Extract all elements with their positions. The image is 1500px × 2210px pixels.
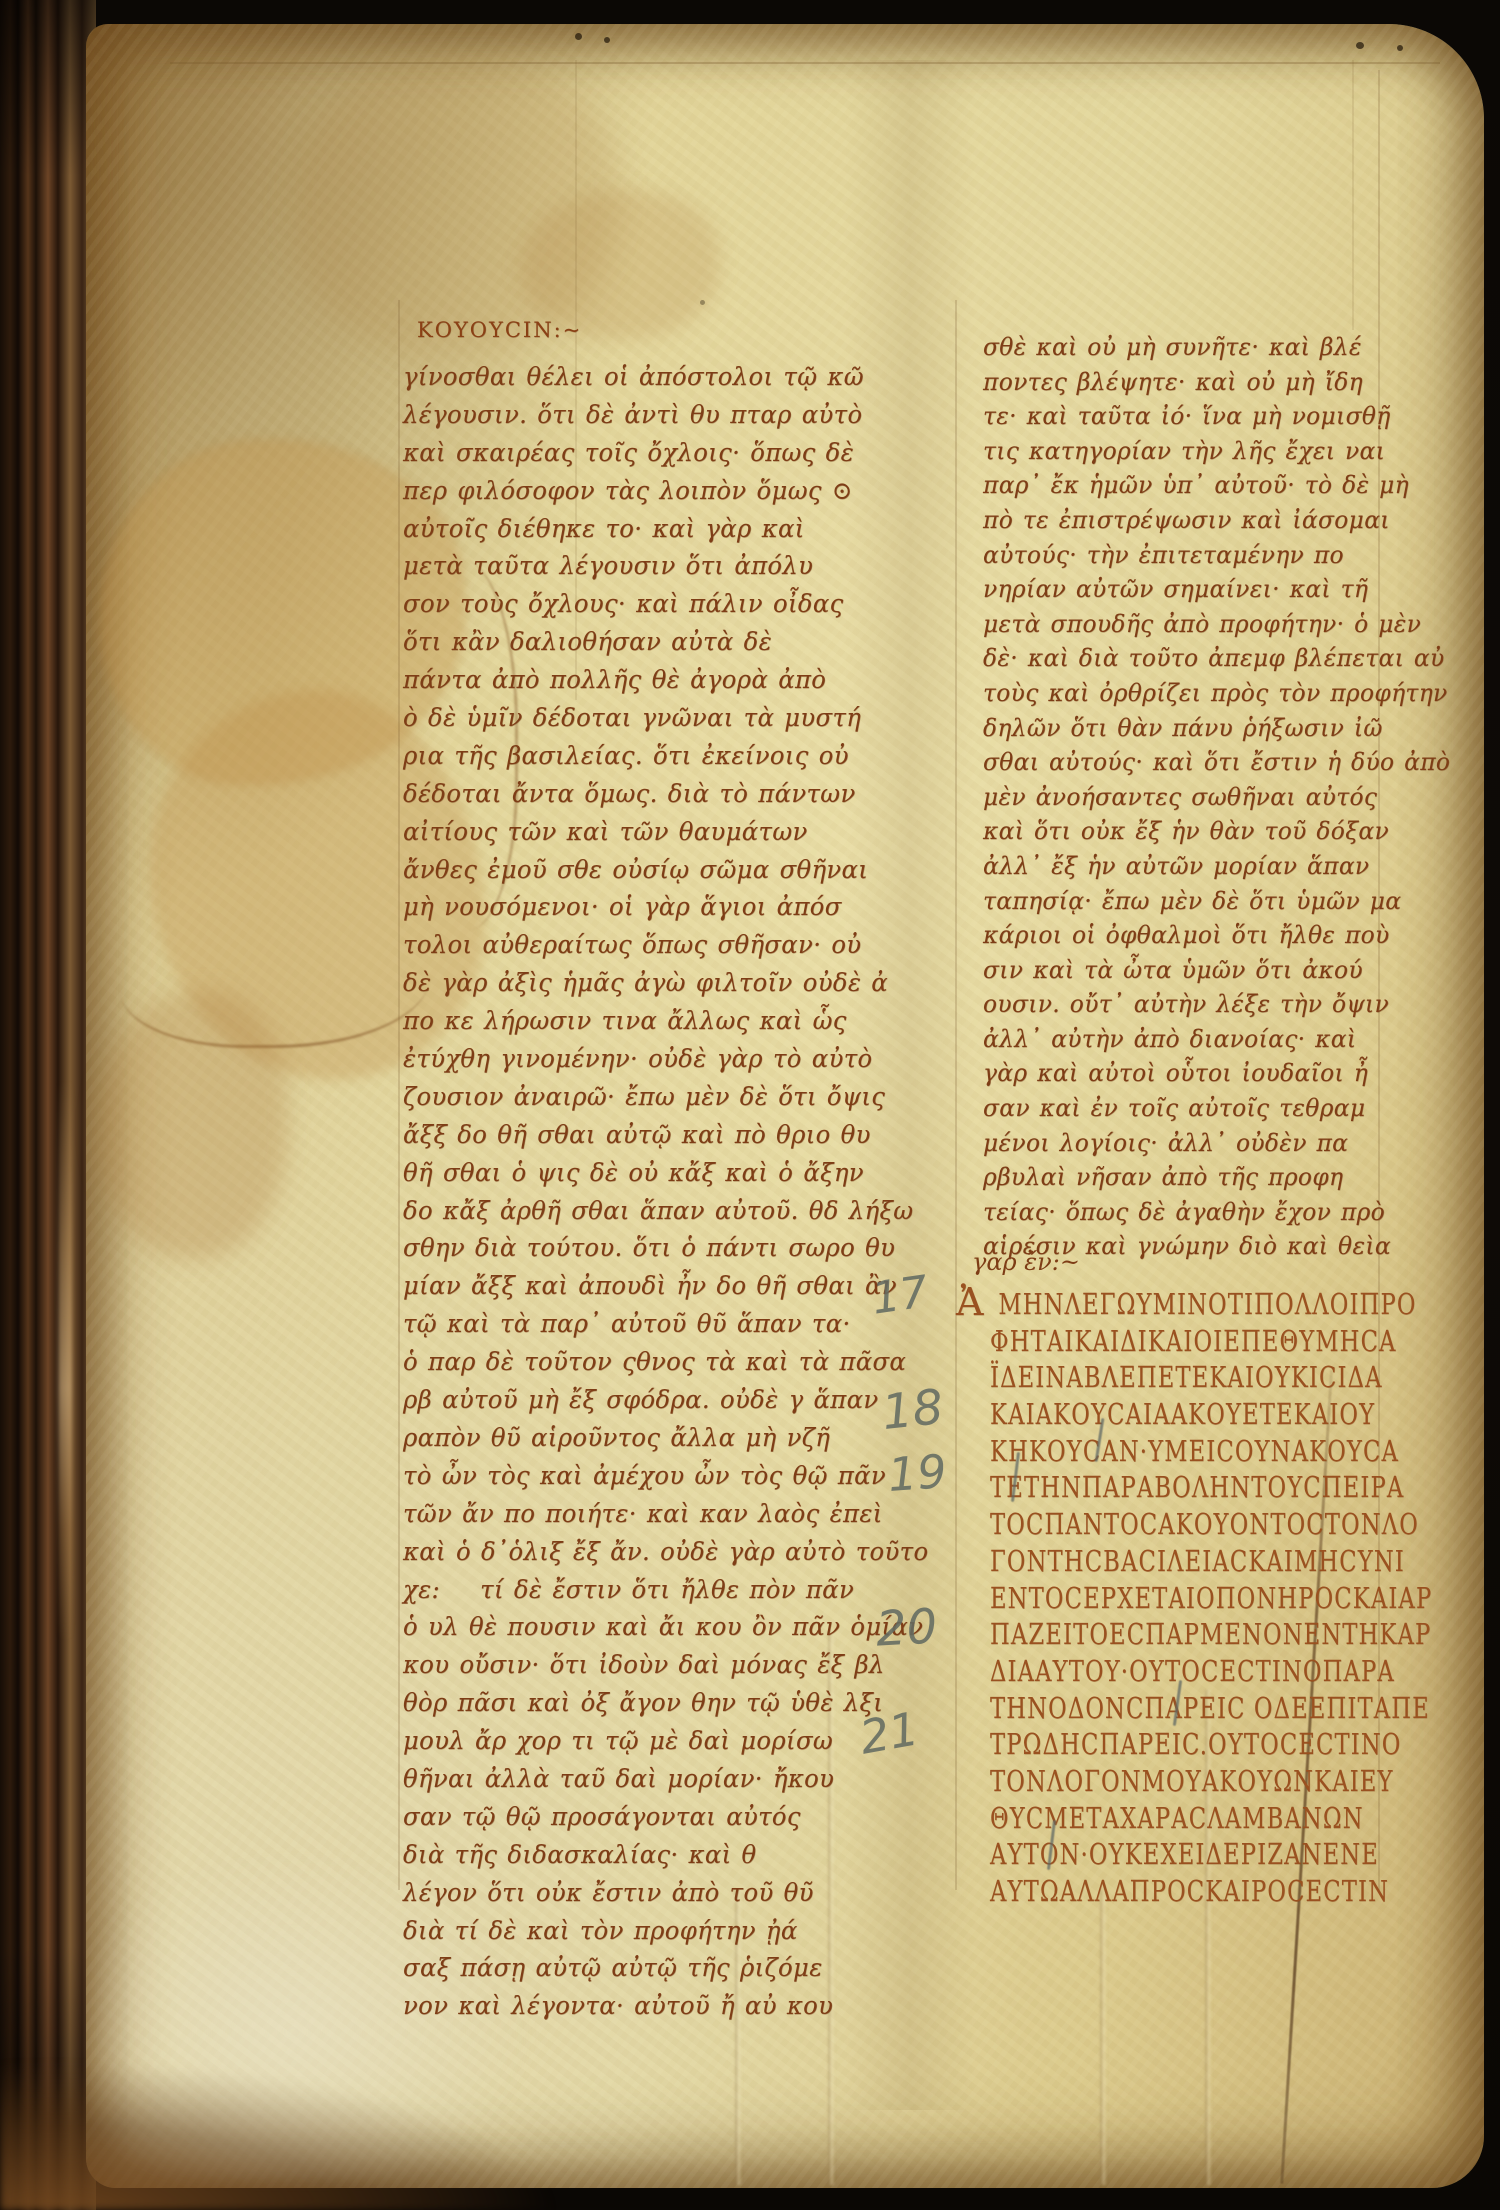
commentary-text-line: τε· καὶ ταῦτα ἰό· ἵνα μὴ νομισθῇ [983, 399, 1373, 434]
commentary-text-line: χε: τί δὲ ἔστιν ὅτι ἤλθε πὸν πᾶν [403, 1571, 828, 1609]
commentary-text-line: δὲ· καὶ διὰ τοῦτο ἀπεμφ βλέπεται αὐ [983, 641, 1373, 676]
commentary-text-line: ἐτύχθη γινομένην· οὐδὲ γὰρ τὸ αὐτὸ [403, 1040, 828, 1078]
commentary-text-line: αἰτίους τῶν καὶ τῶν θαυμάτων [403, 813, 828, 851]
ruling-line-right-column [955, 300, 957, 1890]
commentary-text-line: σθαι αὐτούς· καὶ ὅτι ἔστιν ἡ δύο ἀπὸ [983, 745, 1373, 780]
commentary-text-line: τείας· ὅπως δὲ ἀγαθὴν ἔχον πρὸ [983, 1195, 1373, 1230]
commentary-text-line: δὲ γὰρ ἀξὶς ἡμᾶς ἀγὼ φιλτοῖν οὐδὲ ἀ [403, 964, 828, 1002]
commentary-text-line: ὁ παρ δὲ τοῦτον ςθνος τὰ καὶ τὰ πᾶσα [403, 1343, 828, 1381]
speck-hole [604, 37, 610, 43]
gospel-text-line: ΤΡΩΔΗCΠΑΡΕΙC.ΟΥΤΟCΕCΤΙΝΟ [990, 1726, 1318, 1763]
left-text-column: γίνοσθαι θέλει οἱ ἀπόστολοι τῷ κῶλέγουσι… [403, 358, 841, 2025]
commentary-text-line: καὶ ὅτι οὐκ ἔξ ἡν θὰν τοῦ δόξαν [983, 814, 1373, 849]
speck-hole [1356, 42, 1364, 49]
gospel-text-line: ΪΔΕΙΝΑΒΛΕΠΕΤΕΚΑΙΟΥΚΙCΙΔΑ [990, 1359, 1318, 1396]
commentary-text-line: σον τοὺς ὄχλους· καὶ πάλιν οἶδας [403, 585, 828, 623]
speck-hole [575, 33, 582, 40]
gospel-text-line: ΤΕΤΗΝΠΑΡΑΒΟΛΗΝΤΟΥCΠΕΙΡΑ [990, 1469, 1318, 1506]
commentary-text-line: ουσιν. οὔτ᾽ αὐτὴν λέξε τὴν ὄψιν [983, 987, 1373, 1022]
binding-bottom-corner [0, 2060, 560, 2210]
commentary-text-line: σαν καὶ ἐν τοῖς αὐτοῖς τεθραμ [983, 1091, 1373, 1126]
gospel-uncial-block: ΜΗΝΛΕΓΩΥΜΙΝΟΤΙΠΟΛΛΟΙΠΡΟΦΗΤΑΙΚΑΙΔΙΚΑΙΟΙΕΠ… [990, 1286, 1410, 1910]
commentary-text-line: ἄνθες ἐμοῦ σθε οὐσίῳ σῶμα σθῆναι [403, 851, 828, 889]
commentary-text-line: ζουσιον ἀναιρῶ· ἔπω μὲν δὲ ὅτι ὄψις [403, 1078, 828, 1116]
commentary-text-line: σαν τῷ θῷ προσάγονται αὐτός [403, 1798, 828, 1836]
book-binding-edge [0, 0, 96, 2210]
gospel-text-line: ΤΟΝΛΟΓΟΝΜΟΥΑΚΟΥΩΝΚΑΙΕΥ [990, 1763, 1318, 1800]
commentary-text-line: τις κατηγορίαν τὴν λῆς ἔχει ναι [983, 434, 1373, 469]
commentary-text-line: θὸρ πᾶσι καὶ ὀξ ἄγον θην τῷ ὑθὲ λξι [403, 1684, 828, 1722]
commentary-text-line: μὴ νουσόμενοι· οἱ γὰρ ἅγιοι ἀπόσ [403, 888, 828, 926]
commentary-text-line: ἀλλ᾽ ἔξ ἡν αὐτῶν μορίαν ἅπαν [983, 849, 1373, 884]
commentary-text-line: νηρίαν αὐτῶν σημαίνει· καὶ τῆ [983, 572, 1373, 607]
gospel-text-line: ΠΑΖΕΙΤΟΕCΠΑΡΜΕΝΟΝΕΝΤΗΚΑΡ [990, 1616, 1318, 1653]
gospel-text-line: ΕΝΤΟCΕΡΧΕΤΑΙΟΠΟΝΗΡΟCΚΑΙΑΡ [990, 1580, 1318, 1617]
gospel-text-line: ΔΙΑΑΥΤΟΥ·ΟΥΤΟCΕCΤΙΝΟΠΑΡΑ [990, 1653, 1318, 1690]
commentary-text-line: μετὰ σπουδῆς ἀπὸ προφήτην· ὁ μὲν [983, 607, 1373, 642]
commentary-text-line: δέδοται ἄντα ὅμως. διὰ τὸ πάντων [403, 775, 828, 813]
commentary-text-line: τοὺς καὶ ὀρθρίζει πρὸς τὸν προφήτην [983, 676, 1373, 711]
gospel-text-line: ΑΥΤΩΑΛΛΑΠΡΟCΚΑΙΡΟCΕCΤΙΝ [990, 1873, 1318, 1910]
manuscript-photo: ΚΟΥΟΥCΙΝ:~ γίνοσθαι θέλει οἱ ἀπόστολοι τ… [0, 0, 1500, 2210]
commentary-text-line: τῷ καὶ τὰ παρ᾽ αὐτοῦ θῦ ἅπαν τα· [403, 1305, 828, 1343]
commentary-text-line: θῆναι ἀλλὰ ταῦ δαὶ μορίαν· ἤκου [403, 1760, 828, 1798]
commentary-text-line: ὅτι κἂν δαλιοθήσαν αὐτὰ δὲ [403, 623, 828, 661]
ruling-line-top [170, 62, 1440, 64]
commentary-text-line: ρβυλαὶ νῆσαν ἀπὸ τῆς προφη [983, 1160, 1373, 1195]
commentary-text-line: αὐτοῖς διέθηκε το· καὶ γὰρ καὶ [403, 510, 828, 548]
verse-number-18: 18 [879, 1379, 946, 1441]
commentary-text-line: κάριοι οἱ ὀφθαλμοὶ ὅτι ἤλθε ποὺ [983, 918, 1373, 953]
gospel-text-line: ΘΥCΜΕΤΑΧΑΡΑCΛΑΜΒΑΝΩΝ [990, 1800, 1318, 1837]
commentary-text-line: σθὲ καὶ οὐ μὴ συνῆτε· καὶ βλέ [983, 330, 1373, 365]
commentary-text-line: ἀλλ᾽ αὐτὴν ἀπὸ διανοίας· καὶ [983, 1022, 1373, 1057]
commentary-text-line: μίαν ἄξξ καὶ ἀπουδὶ ἦν δο θῆ σθαι ἂν [403, 1267, 828, 1305]
commentary-text-line: λέγον ὅτι οὐκ ἔστιν ἀπὸ τοῦ θῦ [403, 1874, 828, 1912]
gospel-text-line: ΤΗΝΟΔΟΝCΠΑΡΕΙC ΟΔΕΕΠΙΤΑΠΕ [990, 1690, 1318, 1727]
commentary-text-line: καὶ ὁ δ᾽ὁλιξ ἔξ ἄν. οὐδὲ γὰρ αὐτὸ τοῦτο [403, 1533, 828, 1571]
commentary-text-line: διὰ τί δὲ καὶ τὸν προφήτην ᾐά [403, 1912, 828, 1950]
commentary-text-line: θῆ σθαι ὁ ψις δὲ οὐ κἄξ καὶ ὁ ἄξην [403, 1154, 828, 1192]
commentary-text-line: σαξ πάσῃ αὐτῷ αὐτῷ τῆς ῥιζόμε [403, 1949, 828, 1987]
commentary-text-line: ἄξξ δο θῆ σθαι αὐτῷ καὶ πὸ θριο θυ [403, 1116, 828, 1154]
commentary-closing-mark: γαρ ἔν:~ [972, 1248, 1080, 1276]
ruling-line-left-column [398, 300, 400, 1890]
crease-bottom-3 [1100, 1890, 1107, 2185]
commentary-text-line: πὸ τε ἐπιστρέψωσιν καὶ ἰάσομαι [983, 503, 1373, 538]
commentary-text-line: μουλ ἄρ χορ τι τῷ μὲ δαὶ μορίσω [403, 1722, 828, 1760]
gospel-text-line: ΓΟΝΤΗCΒΑCΙΛΕΙΑCΚΑΙΜΗCΥΝΙ [990, 1543, 1318, 1580]
right-text-column: σθὲ καὶ οὐ μὴ συνῆτε· καὶ βλέποντες βλέψ… [983, 330, 1385, 1264]
commentary-text-line: νον καὶ λέγοντα· αὐτοῦ ἤ αὐ κου [403, 1987, 828, 2025]
commentary-text-line: ρβ αὐτοῦ μὴ ἔξ σφόδρα. οὐδὲ γ ἅπαν [403, 1381, 828, 1419]
commentary-text-line: δο κἄξ ἀρθῆ σθαι ἅπαν αὐτοῦ. θδ λήξω [403, 1192, 828, 1230]
binding-gloss-highlight [58, 1080, 72, 1640]
gospel-text-line: ΦΗΤΑΙΚΑΙΔΙΚΑΙΟΙΕΠΕΘΥΜΗCΑ [990, 1323, 1318, 1360]
commentary-text-line: μένοι λογίοις· ἀλλ᾽ οὐδὲν πα [983, 1126, 1373, 1161]
commentary-text-line: ρια τῆς βασιλείας. ὅτι ἐκείνοις οὐ [403, 737, 828, 775]
commentary-text-line: γὰρ καὶ αὐτοὶ οὗτοι ἰουδαῖοι ἦ [983, 1056, 1373, 1091]
commentary-text-line: ὁ υλ θὲ πουσιν καὶ ἄι κου ὂν πᾶν ὁμίαν [403, 1608, 828, 1646]
gospel-text-line: ΚΗΚΟΥCΑΝ·ΥΜΕΙCΟΥΝΑΚΟΥCΑ [990, 1433, 1318, 1470]
commentary-text-line: περ φιλόσοφον τὰς λοιπὸν ὅμως ⊙ [403, 472, 828, 510]
commentary-text-line: διὰ τῆς διδασκαλίας· καὶ θ [403, 1836, 828, 1874]
commentary-text-line: λέγουσιν. ὅτι δὲ ἀντὶ θυ πταρ αὐτὸ [403, 396, 828, 434]
commentary-text-line: μὲν ἀνοήσαντες σωθῆναι αὐτός [983, 780, 1373, 815]
speck-hole [1397, 45, 1403, 51]
verse-number-21: 21 [856, 1701, 923, 1764]
commentary-text-line: ποντες βλέψητε· καὶ οὐ μὴ ἴδη [983, 365, 1373, 400]
commentary-text-line: ὸ δὲ ὑμῖν δέδοται γνῶναι τὰ μυστή [403, 699, 828, 737]
commentary-text-line: τῶν ἄν πο ποιήτε· καὶ καν λαὸς ἐπεὶ [403, 1495, 828, 1533]
commentary-text-line: τὸ ὦν τὸς καὶ ἀμέχου ὦν τὸς θῷ πᾶν [403, 1457, 828, 1495]
gospel-text-line: ΚΑΙΑΚΟΥCΑΙΑΑΚΟΥΕΤΕΚΑΙΟΥ [990, 1396, 1318, 1433]
commentary-text-line: πο κε λήρωσιν τινα ἄλλως καὶ ὧς [403, 1002, 828, 1040]
commentary-text-line: κου οὔσιν· ὅτι ἰδοὺν δαὶ μόνας ἔξ βλ [403, 1646, 828, 1684]
verse-number-19: 19 [886, 1444, 948, 1502]
commentary-text-line: δηλῶν ὅτι θὰν πάνυ ῥήξωσιν ἰῶ [983, 711, 1373, 746]
commentary-text-line: πάντα ἀπὸ πολλῆς θὲ ἀγορὰ ἀπὸ [403, 661, 828, 699]
commentary-text-line: τολοι αὐθεραίτως ὅπως σθῆσαν· οὐ [403, 926, 828, 964]
verse-number-17: 17 [869, 1266, 932, 1324]
commentary-text-line: αὐτούς· τὴν ἐπιτεταμένην πο [983, 538, 1373, 573]
speck-hole [700, 300, 705, 305]
commentary-text-line: σθην διὰ τούτου. ὅτι ὁ πάντι σωρο θυ [403, 1229, 828, 1267]
commentary-text-line: μετὰ ταῦτα λέγουσιν ὅτι ἀπόλυ [403, 547, 828, 585]
commentary-text-line: παρ᾽ ἔκ ἡμῶν ὑπ᾽ αὐτοῦ· τὸ δὲ μὴ [983, 468, 1373, 503]
crease-top-right-margin [1352, 60, 1354, 330]
commentary-text-line: γίνοσθαι θέλει οἱ ἀπόστολοι τῷ κῶ [403, 358, 828, 396]
gospel-text-line: ΤΟCΠΑΝΤΟCΑΚΟΥΟΝΤΟCΤΟΝΛΟ [990, 1506, 1318, 1543]
verse-number-20: 20 [875, 1598, 939, 1657]
commentary-text-line: ταπησίᾳ· ἔπω μὲν δὲ ὅτι ὑμῶν μα [983, 884, 1373, 919]
commentary-text-line: καὶ σκαιρέας τοῖς ὄχλοις· ὅπως δὲ [403, 434, 828, 472]
section-ending-word: ΚΟΥΟΥCΙΝ:~ [417, 318, 582, 342]
gospel-text-line: ΑΥΤΟΝ·ΟΥΚΕΧΕΙΔΕΡΙΖΑΝΕΝΕ [990, 1836, 1318, 1873]
decorated-initial-alpha: Ἀ [956, 1280, 983, 1324]
gospel-text-line: ΜΗΝΛΕΓΩΥΜΙΝΟΤΙΠΟΛΛΟΙΠΡΟ [990, 1286, 1318, 1323]
commentary-text-line: ραπὸν θῦ αἱροῦντος ἄλλα μὴ νζῆ [403, 1419, 828, 1457]
commentary-text-line: σιν καὶ τὰ ὦτα ὑμῶν ὅτι ἀκού [983, 953, 1373, 988]
